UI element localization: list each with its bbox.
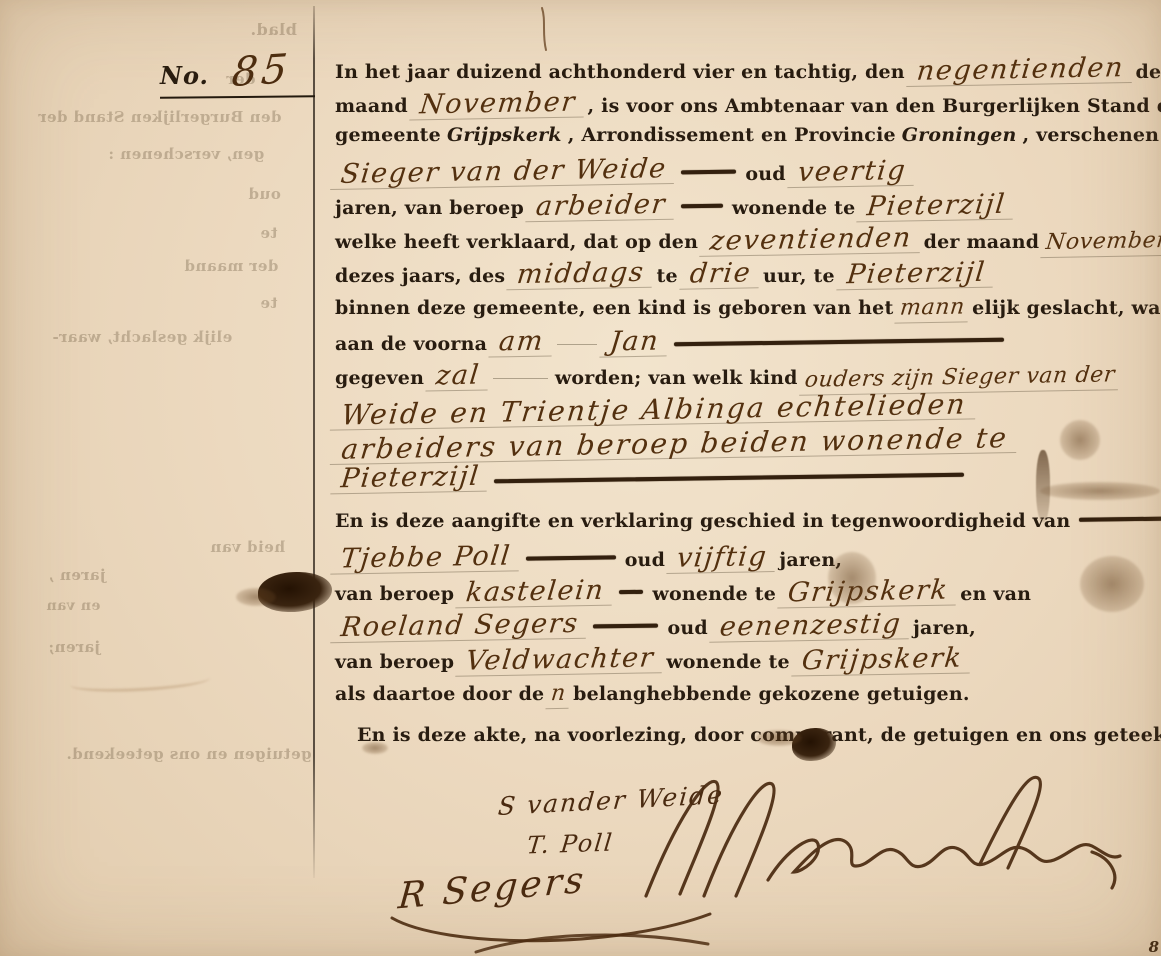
handwritten-entry: Jan xyxy=(599,327,669,357)
printed-text: maand xyxy=(335,95,408,117)
printed-text: en van xyxy=(960,583,1031,605)
pen-fill-stroke xyxy=(619,590,643,594)
handwritten-entry: am xyxy=(489,327,555,357)
printed-text: der maand xyxy=(924,231,1040,253)
handwritten-entry: Pieterzijl xyxy=(836,259,996,291)
bleedthrough-text: blad. xyxy=(250,20,297,39)
act-line: En is deze aangifte en verklaring geschi… xyxy=(332,510,1150,544)
handwritten-entry: November xyxy=(1041,227,1161,258)
printed-text: gemeente xyxy=(335,124,441,146)
printed-text: aan de voorna xyxy=(335,333,487,355)
bleedthrough-text: jaren , xyxy=(48,566,105,584)
fill-in-rule xyxy=(557,342,597,345)
handwritten-entry: November xyxy=(409,88,586,120)
bleedthrough-text: en van xyxy=(46,598,100,614)
handwritten-entry: zal xyxy=(426,361,491,391)
handwritten-entry: Roeland Segers xyxy=(330,610,589,643)
handwritten-entry: arbeider xyxy=(525,191,676,223)
act-line: Sieger van der Weideoudveertig xyxy=(332,158,1150,192)
printed-text: van beroep xyxy=(335,651,454,673)
act-line: Tjebbe Polloudvijftigjaren, xyxy=(332,544,1150,578)
act-line: Pieterzijl xyxy=(332,464,1150,498)
signature-registrar-flourish xyxy=(618,766,1148,911)
printed-text-italic: Grijpskerk xyxy=(447,124,562,146)
act-line: welke heeft verklaard, dat op denzeventi… xyxy=(332,226,1150,260)
printed-text: binnen deze gemeente, een kind is gebore… xyxy=(335,297,893,319)
handwritten-entry: Grijpskerk xyxy=(791,644,973,676)
bleedthrough-text: jaren; xyxy=(48,638,100,656)
bleedthrough-script-smudge xyxy=(70,668,211,694)
handwritten-entry: n xyxy=(546,680,572,709)
act-line: maandNovember, is voor ons Ambtenaar van… xyxy=(332,90,1150,124)
ink-stain xyxy=(756,730,802,746)
printed-text: , is voor ons Ambtenaar van den Burgerli… xyxy=(588,95,1161,117)
printed-text: uur, te xyxy=(763,265,835,287)
bleedthrough-text: elijk geslacht, waar- xyxy=(52,328,232,346)
act-line: dezes jaars, desmiddagstedrieuur, tePiet… xyxy=(332,260,1150,294)
handwritten-entry: Tjebbe Poll xyxy=(330,542,521,574)
printed-text: wonende te xyxy=(666,651,790,673)
fill-in-rule xyxy=(493,376,548,379)
pen-fill-stroke xyxy=(681,204,723,209)
ink-stain xyxy=(236,588,276,606)
printed-text: dezes jaars, des xyxy=(335,265,505,287)
act-line: van beroepVeldwachterwonende teGrijpsker… xyxy=(332,646,1150,680)
printed-text: , Arrondissement en Provincie xyxy=(568,124,896,146)
handwritten-entry: negentienden xyxy=(906,54,1134,87)
bleedthrough-text: der maand xyxy=(184,257,278,275)
act-line: als daartoe door denbelanghebbende gekoz… xyxy=(332,680,1150,714)
printed-text: jaren, van beroep xyxy=(335,197,524,219)
act-number-block: No. 85 xyxy=(160,48,316,94)
margin-divider-line xyxy=(313,6,315,878)
act-line: gemeenteGrijpskerk, Arrondissement en Pr… xyxy=(332,124,1150,158)
printed-text: oud xyxy=(667,617,707,639)
printed-text: En is deze aangifte en verklaring geschi… xyxy=(335,510,1070,532)
handwritten-entry: zeventienden xyxy=(699,224,922,257)
pen-fill-stroke xyxy=(674,338,1004,347)
ink-stain xyxy=(828,552,876,604)
act-line: arbeiders van beroep beiden wonende te xyxy=(332,430,1150,464)
pen-fill-stroke xyxy=(681,170,736,175)
printed-text-italic: Groningen xyxy=(902,124,1017,146)
printed-text: als daartoe door de xyxy=(335,683,544,705)
corner-page-mark: 8 xyxy=(1149,938,1159,956)
handwritten-entry: Veldwachter xyxy=(455,644,664,677)
bleedthrough-text: oud xyxy=(248,185,281,203)
printed-text: wonende te xyxy=(652,583,776,605)
handwritten-entry: veertig xyxy=(787,157,916,188)
act-line: aan de voornaamJan xyxy=(332,328,1150,362)
handwritten-entry: Sieger van der Weide xyxy=(330,155,677,190)
act-line: jaren, van beroeparbeiderwonende tePiete… xyxy=(332,192,1150,226)
handwritten-entry: vijftig xyxy=(666,543,778,574)
bleedthrough-text: heid van xyxy=(210,538,285,556)
printed-text: wonende te xyxy=(732,197,856,219)
act-number-underline xyxy=(160,95,315,99)
act-number-label: No. xyxy=(160,61,209,90)
handwritten-entry: drie xyxy=(679,259,761,289)
pen-fill-stroke xyxy=(593,624,658,629)
act-line: binnen deze gemeente, een kind is gebore… xyxy=(332,294,1150,328)
signature-witness-poll: T. Poll xyxy=(526,828,616,859)
printed-text: oud xyxy=(745,163,785,185)
partial-signature-flourish xyxy=(470,928,720,956)
act-number-value: 85 xyxy=(230,46,294,97)
printed-text: elijk geslacht, waar- xyxy=(972,297,1161,319)
pen-fill-stroke xyxy=(1079,516,1161,522)
printed-text: , verschenen: xyxy=(1023,124,1161,146)
ink-stain xyxy=(1060,420,1100,460)
printed-text: worden; van welk kind xyxy=(555,367,798,389)
printed-text: belanghebbende gekozene getuigen. xyxy=(573,683,970,705)
act-line: In het jaar duizend achthonderd vier en … xyxy=(332,56,1150,90)
printed-text: jaren, xyxy=(913,617,976,639)
handwritten-entry: Pieterzijl xyxy=(857,191,1017,223)
bleedthrough-text: te xyxy=(260,224,277,242)
printed-text: In het jaar duizend achthonderd vier en … xyxy=(335,61,905,83)
bleedthrough-text: getuigen en ons geteekend. xyxy=(66,745,312,763)
act-line: En is deze akte, na voorlezing, door com… xyxy=(332,724,1150,758)
printed-text: gegeven xyxy=(335,367,424,389)
handwritten-entry: arbeiders van beroep beiden wonende te xyxy=(330,424,1020,465)
printed-text: der xyxy=(1135,61,1161,83)
handwritten-entry: middags xyxy=(507,259,656,291)
act-line: Roeland Segersoudeenenzestigjaren, xyxy=(332,612,1150,646)
ink-smear xyxy=(1040,482,1160,500)
printed-text: te xyxy=(657,265,678,287)
handwritten-entry: mann xyxy=(895,293,971,323)
act-line: van beroepkasteleinwonende teGrijpskerke… xyxy=(332,578,1150,612)
stray-pen-mark xyxy=(536,6,552,54)
bleedthrough-text: te xyxy=(260,294,277,312)
pen-fill-stroke xyxy=(494,473,964,484)
birth-certificate-page: blad.derden Burgerlijken Stand dergen, v… xyxy=(0,0,1161,956)
handwritten-entry: kastelein xyxy=(456,577,616,609)
bleedthrough-text: gen, verschenen : xyxy=(108,145,264,163)
pen-fill-stroke xyxy=(526,555,616,560)
printed-text: oud xyxy=(625,549,665,571)
printed-text: welke heeft verklaard, dat op den xyxy=(335,231,698,253)
bleedthrough-text: den Burgerlijken Stand der xyxy=(38,108,282,126)
act-text-body: In het jaar duizend achthonderd vier en … xyxy=(332,56,1150,758)
ink-stain xyxy=(1080,556,1144,612)
handwritten-entry: Pieterzijl xyxy=(330,463,490,495)
printed-text: van beroep xyxy=(335,583,454,605)
ink-stain xyxy=(362,742,388,754)
handwritten-entry: eenenzestig xyxy=(709,610,912,642)
